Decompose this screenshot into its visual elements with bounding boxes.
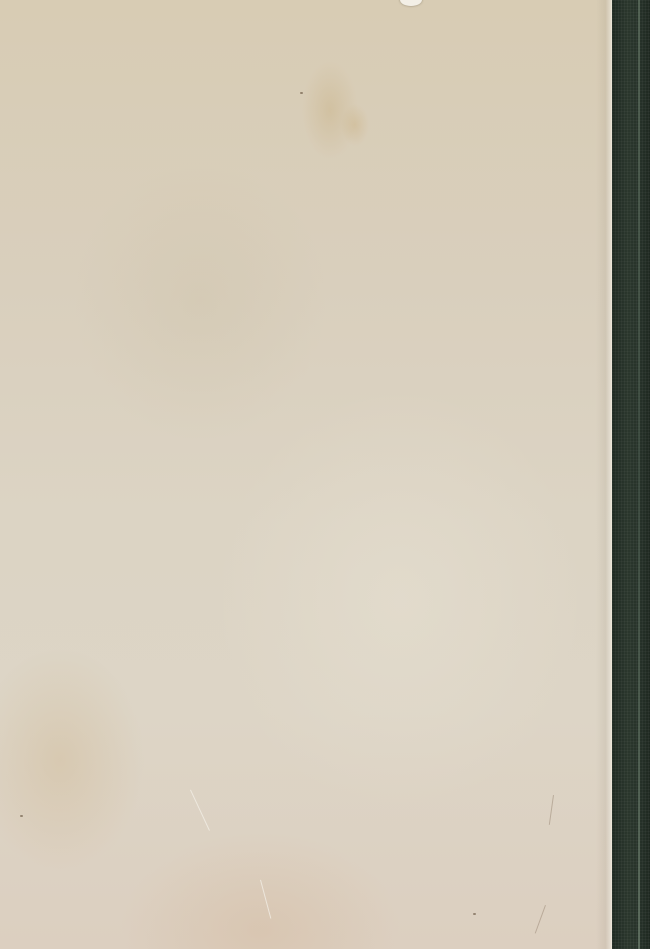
speck [20, 815, 23, 817]
spine-highlight-line [638, 0, 640, 949]
speck [473, 913, 476, 915]
board-edge-shading [596, 0, 612, 949]
speck [300, 92, 303, 94]
book-back-cover [0, 0, 650, 949]
cloth-spine [612, 0, 650, 949]
paper-board [0, 0, 612, 949]
